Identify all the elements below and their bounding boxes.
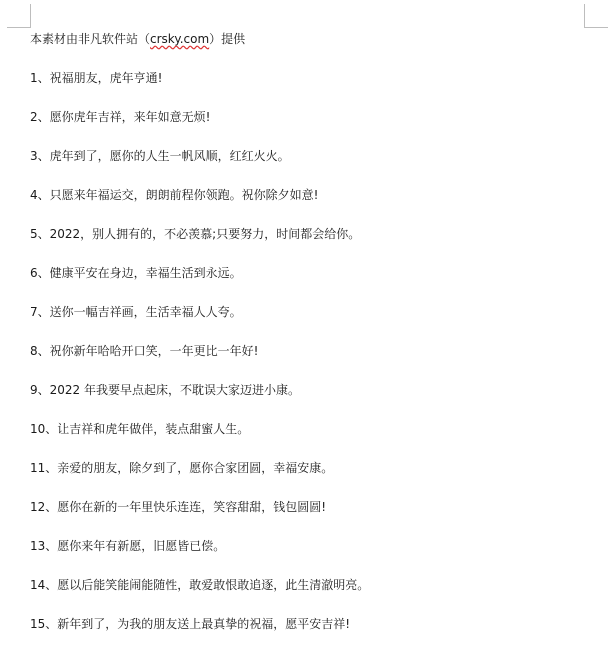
list-item: 10、让吉祥和虎年做伴，装点甜蜜人生。: [30, 421, 590, 437]
item-number: 1、: [30, 71, 50, 85]
list-item: 11、亲爱的朋友，除夕到了，愿你合家团圆，幸福安康。: [30, 460, 590, 476]
list-item: 13、愿你来年有新愿，旧愿皆已偿。: [30, 538, 590, 554]
list-item: 4、只愿来年福运交，朗朗前程你领跑。祝你除夕如意!: [30, 187, 590, 203]
list-item: 2、愿你虎年吉祥，来年如意无烦!: [30, 109, 590, 125]
item-number: 7、: [30, 305, 50, 319]
list-item: 1、祝福朋友，虎年亨通!: [30, 70, 590, 86]
list-item: 5、2022，别人拥有的，不必羡慕;只要努力，时间都会给你。: [30, 226, 590, 242]
item-number: 15、: [30, 617, 57, 631]
margin-mark-vertical: [584, 4, 585, 28]
item-text: 祝你新年哈哈开口笑，一年更比一年好!: [50, 344, 259, 358]
item-text: 虎年到了，愿你的人生一帆风顺，红红火火。: [50, 149, 290, 163]
item-text: 祝福朋友，虎年亨通!: [50, 71, 163, 85]
margin-mark-horizontal: [584, 27, 608, 28]
item-text: 只愿来年福运交，朗朗前程你领跑。祝你除夕如意!: [50, 188, 319, 202]
page-margin-corner-top-right: [584, 4, 609, 28]
item-number: 14、: [30, 578, 57, 592]
list-item: 7、送你一幅吉祥画，生活幸福人人夸。: [30, 304, 590, 320]
item-text: 让吉祥和虎年做伴，装点甜蜜人生。: [57, 422, 249, 436]
item-number: 5、: [30, 227, 50, 241]
item-number: 6、: [30, 266, 50, 280]
item-number: 10、: [30, 422, 57, 436]
list-item: 14、愿以后能笑能闹能随性，敢爱敢恨敢追逐，此生清澈明亮。: [30, 577, 590, 593]
margin-mark-horizontal: [7, 27, 31, 28]
item-text: 2022 年我要早点起床，不耽误大家迈进小康。: [50, 383, 300, 397]
list-item: 15、新年到了，为我的朋友送上最真挚的祝福，愿平安吉祥!: [30, 616, 590, 632]
item-text: 愿你在新的一年里快乐连连，笑容甜甜，钱包圆圆!: [57, 500, 326, 514]
item-number: 13、: [30, 539, 57, 553]
list-item: 8、祝你新年哈哈开口笑，一年更比一年好!: [30, 343, 590, 359]
list-item: 3、虎年到了，愿你的人生一帆风顺，红红火火。: [30, 148, 590, 164]
list-item: 6、健康平安在身边，幸福生活到永远。: [30, 265, 590, 281]
item-text: 亲爱的朋友，除夕到了，愿你合家团圆，幸福安康。: [57, 461, 333, 475]
item-number: 8、: [30, 344, 50, 358]
item-text: 送你一幅吉祥画，生活幸福人人夸。: [50, 305, 242, 319]
item-text: 愿你来年有新愿，旧愿皆已偿。: [57, 539, 225, 553]
item-number: 2、: [30, 110, 50, 124]
credit-site-name: crsky.com: [150, 32, 209, 46]
item-number: 12、: [30, 500, 57, 514]
item-text: 愿以后能笑能闹能随性，敢爱敢恨敢追逐，此生清澈明亮。: [57, 578, 369, 592]
item-text: 2022，别人拥有的，不必羡慕;只要努力，时间都会给你。: [50, 227, 361, 241]
page-margin-corner-top-left: [7, 4, 32, 28]
document-body[interactable]: 本素材由非凡软件站（crsky.com）提供 1、祝福朋友，虎年亨通! 2、愿你…: [30, 31, 590, 652]
list-item: 12、愿你在新的一年里快乐连连，笑容甜甜，钱包圆圆!: [30, 499, 590, 515]
list-item: 9、2022 年我要早点起床，不耽误大家迈进小康。: [30, 382, 590, 398]
source-credit-line: 本素材由非凡软件站（crsky.com）提供: [30, 31, 590, 47]
item-number: 3、: [30, 149, 50, 163]
item-text: 健康平安在身边，幸福生活到永远。: [50, 266, 242, 280]
item-number: 9、: [30, 383, 50, 397]
item-number: 11、: [30, 461, 57, 475]
item-text: 新年到了，为我的朋友送上最真挚的祝福，愿平安吉祥!: [57, 617, 350, 631]
item-number: 4、: [30, 188, 50, 202]
margin-mark-vertical: [30, 4, 31, 28]
credit-suffix: ）提供: [209, 32, 245, 46]
item-text: 愿你虎年吉祥，来年如意无烦!: [50, 110, 211, 124]
credit-prefix: 本素材由非凡软件站（: [30, 32, 150, 46]
